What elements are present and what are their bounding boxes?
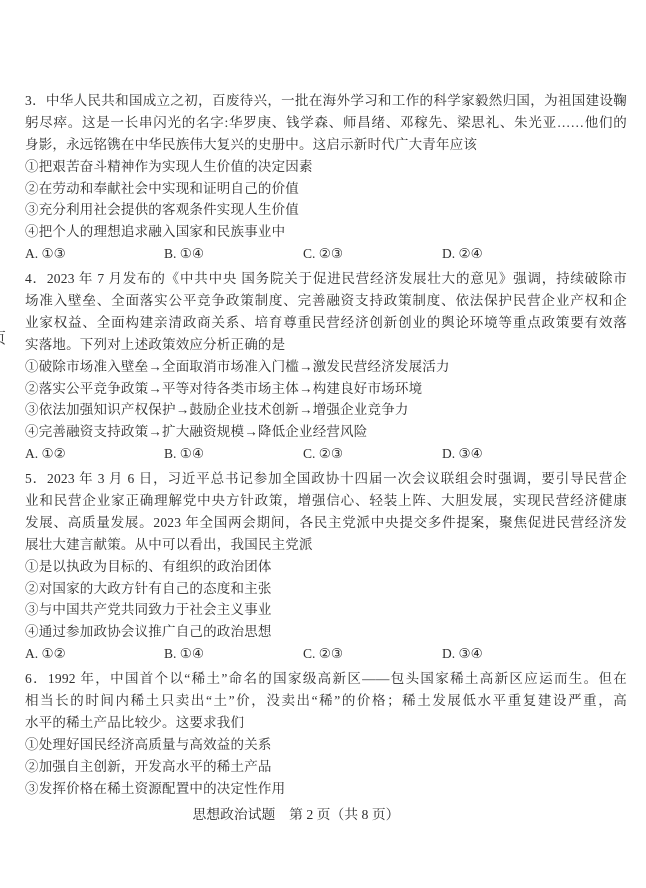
question-4-option-d: D. ③④ [442,443,483,465]
question-4-item-2: ②落实公平竞争政策→平等对待各类市场主体→构建良好市场环境 [25,378,627,400]
question-5-options: A. ①② B. ①④ C. ②③ D. ③④ [25,643,627,665]
question-4-stem-line-4: 实落地。下列对上述政策效应分析正确的是 [25,334,627,356]
question-5-stem-line-2: 业和民营企业家正确理解党中央方针政策，增强信心、轻装上阵、大胆发展，实现民营经济… [25,490,627,512]
question-3: 3．中华人民共和国成立之初，百废待兴，一批在海外学习和工作的科学家毅然归国，为祖… [25,90,627,265]
question-6-item-2: ②加强自主创新，开发高水平的稀土产品 [25,756,627,778]
question-4-options: A. ①② B. ①④ C. ②③ D. ③④ [25,443,627,465]
question-3-option-b: B. ①④ [164,243,303,265]
question-3-option-a: A. ①③ [25,243,164,265]
question-6-stem-line-2: 相当长的时间内稀土只卖出“土”价，没卖出“稀”的价格；稀土发展低水平重复建设严重… [25,690,627,712]
question-5-item-1: ①是以执政为目标的、有组织的政治团体 [25,556,627,578]
question-5-option-a: A. ①② [25,643,164,665]
question-4-stem-line-1: 4．2023 年 7 月发布的《中共中央 国务院关于促进民营经济发展壮大的意见》… [25,268,627,290]
question-6-item-1: ①处理好国民经济高质量与高效益的关系 [25,734,627,756]
question-5-stem-line-1: 5．2023 年 3 月 6 日，习近平总书记参加全国政协十四届一次会议联组会时… [25,468,627,490]
question-3-item-3: ③充分利用社会提供的客观条件实现人生价值 [25,199,627,221]
question-3-stem-line-2: 躬尽瘁。这是一长串闪光的名字:华罗庚、钱学森、师昌绪、邓稼先、梁思礼、朱光亚……… [25,112,627,134]
question-4-option-b: B. ①④ [164,443,303,465]
question-6: 6．1992 年，中国首个以“稀土”命名的国家级高新区——包头国家稀土高新区应运… [25,668,627,799]
question-5-option-b: B. ①④ [164,643,303,665]
question-4-option-a: A. ①② [25,443,164,465]
question-3-item-4: ④把个人的理想追求融入国家和民族事业中 [25,221,627,243]
question-6-stem-line-1: 6．1992 年，中国首个以“稀土”命名的国家级高新区——包头国家稀土高新区应运… [25,668,627,690]
question-4-item-3: ③依法加强知识产权保护→鼓励企业技术创新→增强企业竞争力 [25,399,627,421]
question-5-stem-line-3: 发展、高质量发展。2023 年全国两会期间，各民主党派中央提交多件提案，聚焦促进… [25,512,627,534]
page-content: 3．中华人民共和国成立之初，百废待兴，一批在海外学习和工作的科学家毅然归国，为祖… [25,90,627,800]
question-6-item-3: ③发挥价格在稀土资源配置中的决定性作用 [25,778,627,800]
question-4-item-1: ①破除市场准入壁垒→全面取消市场准入门槛→激发民营经济发展活力 [25,356,627,378]
question-4-stem-line-3: 业家权益、全面构建亲清政商关系、培育尊重民营经济创新创业的舆论环境等重点政策要有… [25,312,627,334]
margin-artifact-char: 页 [0,330,6,348]
question-4-item-4: ④完善融资支持政策→扩大融资规模→降低企业经营风险 [25,421,627,443]
question-5-item-4: ④通过参加政协会议推广自己的政治思想 [25,621,627,643]
question-5-item-2: ②对国家的大政方针有自己的态度和主张 [25,578,627,600]
question-3-option-d: D. ②④ [442,243,483,265]
question-6-stem-line-3: 水平的稀土产品比较少。这要求我们 [25,712,627,734]
question-5-option-c: C. ②③ [303,643,442,665]
question-3-item-2: ②在劳动和奉献社会中实现和证明自己的价值 [25,178,627,200]
question-3-item-1: ①把艰苦奋斗精神作为实现人生价值的决定因素 [25,156,627,178]
question-5-item-3: ③与中国共产党共同致力于社会主义事业 [25,599,627,621]
page-footer: 思想政治试题 第 2 页（共 8 页） [0,804,619,826]
question-5-option-d: D. ③④ [442,643,483,665]
exam-page: 页 3．中华人民共和国成立之初，百废待兴，一批在海外学习和工作的科学家毅然归国，… [0,0,646,888]
question-5-stem-line-4: 展壮大建言献策。从中可以看出，我国民主党派 [25,534,627,556]
question-4-option-c: C. ②③ [303,443,442,465]
question-4: 4．2023 年 7 月发布的《中共中央 国务院关于促进民营经济发展壮大的意见》… [25,268,627,465]
question-5: 5．2023 年 3 月 6 日，习近平总书记参加全国政协十四届一次会议联组会时… [25,468,627,665]
question-3-option-c: C. ②③ [303,243,442,265]
question-3-stem-line-3: 身影，永远铭镌在中华民族伟大复兴的史册中。这启示新时代广大青年应该 [25,134,627,156]
question-3-options: A. ①③ B. ①④ C. ②③ D. ②④ [25,243,627,265]
question-3-stem-line-1: 3．中华人民共和国成立之初，百废待兴，一批在海外学习和工作的科学家毅然归国，为祖… [25,90,627,112]
question-4-stem-line-2: 场准入壁垒、全面落实公平竞争政策制度、完善融资支持政策制度、依法保护民营企业产权… [25,290,627,312]
